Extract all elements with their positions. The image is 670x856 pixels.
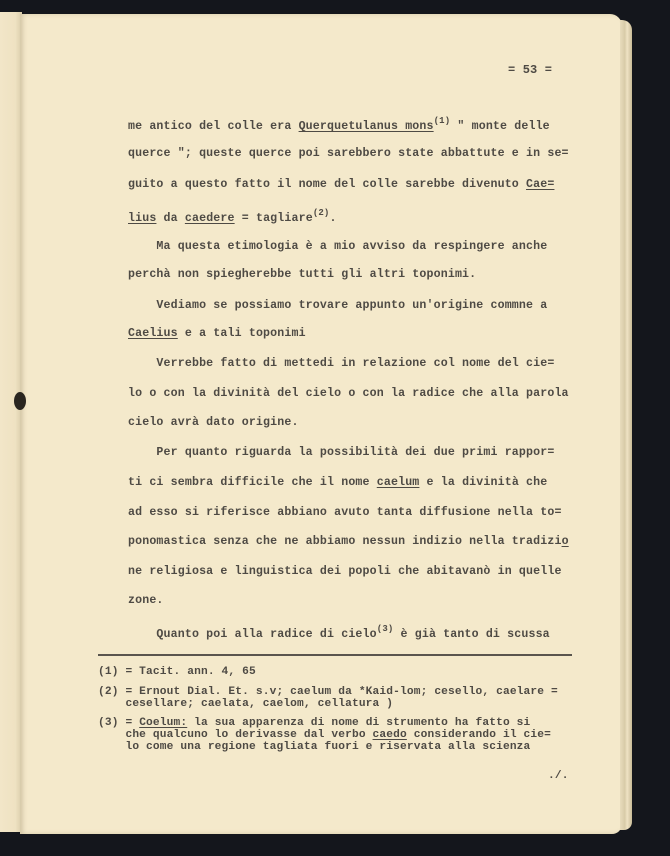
footnote-1: (1) = Tacit. ann. 4, 65: [98, 666, 256, 678]
body-line-12: Per quanto riguarda la possibilità dei d…: [128, 446, 554, 459]
body-line-11: cielo avrà dato origine.: [128, 416, 299, 429]
footnote-2-line-2: cesellare; caelata, caelom, cellatura ): [98, 698, 393, 710]
facing-page-edge: [0, 12, 22, 832]
binding-hole: [14, 392, 26, 410]
body-line-13: ti ci sembra difficile che il nome caelu…: [128, 476, 547, 489]
body-line-16: ne religiosa e linguistica dei popoli ch…: [128, 565, 562, 578]
body-line-4: lius da caedere = tagliare(2).: [128, 208, 337, 225]
document-page: [20, 14, 622, 834]
footnote-2-line-1: (2) = Ernout Dial. Et. s.v; caelum da *K…: [98, 686, 558, 698]
body-line-6: perchà non spiegherebbe tutti gli altri …: [128, 268, 476, 281]
continuation-mark: ./.: [548, 770, 569, 782]
body-line-10: lo o con la divinità del cielo o con la …: [128, 387, 569, 400]
footnote-3-line-1: (3) = Coelum: la sua apparenza di nome d…: [98, 717, 530, 729]
footnote-3-line-2: che qualcuno lo derivasse dal verbo caed…: [98, 729, 551, 741]
page-number: = 53 =: [508, 63, 552, 77]
body-line-3: guito a questo fatto il nome del colle s…: [128, 178, 554, 191]
footnote-3-line-3: lo come una regione tagliata fuori e ris…: [98, 741, 530, 753]
body-line-18: Quanto poi alla radice di cielo(3) è già…: [128, 624, 550, 641]
body-line-5: Ma questa etimologia è a mio avviso da r…: [128, 240, 547, 253]
page-stack-edge: [620, 20, 632, 830]
body-line-9: Verrebbe fatto di mettedi in relazione c…: [128, 357, 554, 370]
body-line-1: me antico del colle era Querquetulanus m…: [128, 116, 550, 133]
body-line-8: Caelius e a tali toponimi: [128, 327, 306, 340]
body-line-7: Vediamo se possiamo trovare appunto un'o…: [128, 299, 547, 312]
body-line-2: querce "; queste querce poi sarebbero st…: [128, 147, 569, 160]
body-line-14: ad esso si riferisce abbiano avuto tanta…: [128, 506, 562, 519]
body-line-17: zone.: [128, 594, 164, 607]
footnote-divider: [98, 654, 572, 656]
body-line-15: ponomastica senza che ne abbiamo nessun …: [128, 535, 569, 548]
